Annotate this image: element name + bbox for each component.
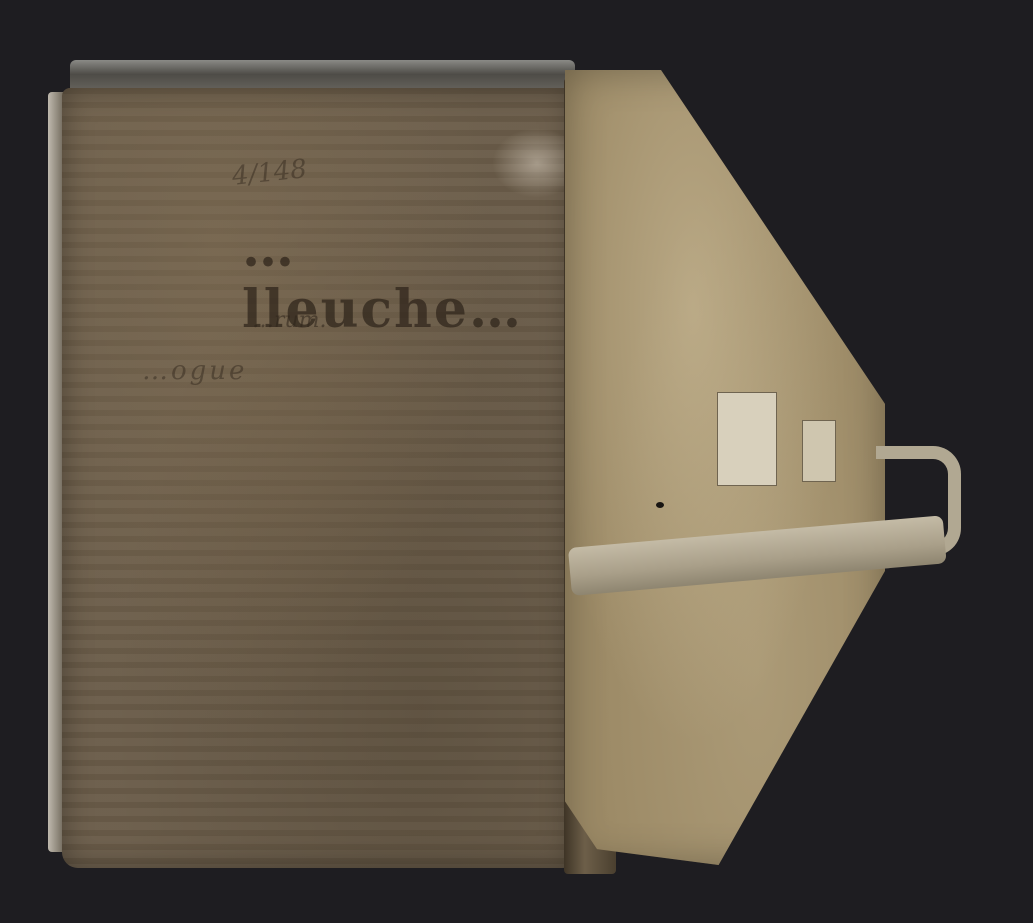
book-photograph: 4/148 …lleuche… …rum. …ogue — [0, 0, 1033, 923]
flap-slot-small — [802, 420, 836, 482]
book: 4/148 …lleuche… …rum. …ogue — [44, 52, 584, 872]
flap-slot-large — [717, 392, 777, 486]
shelfmark-inscription: 4/148 — [231, 154, 309, 192]
title-inscription-line-2: …rum. — [252, 308, 327, 333]
front-cover: 4/148 …lleuche… …rum. …ogue — [62, 88, 572, 868]
flap-hole — [656, 502, 664, 508]
title-inscription-line-3: …ogue — [142, 356, 247, 386]
